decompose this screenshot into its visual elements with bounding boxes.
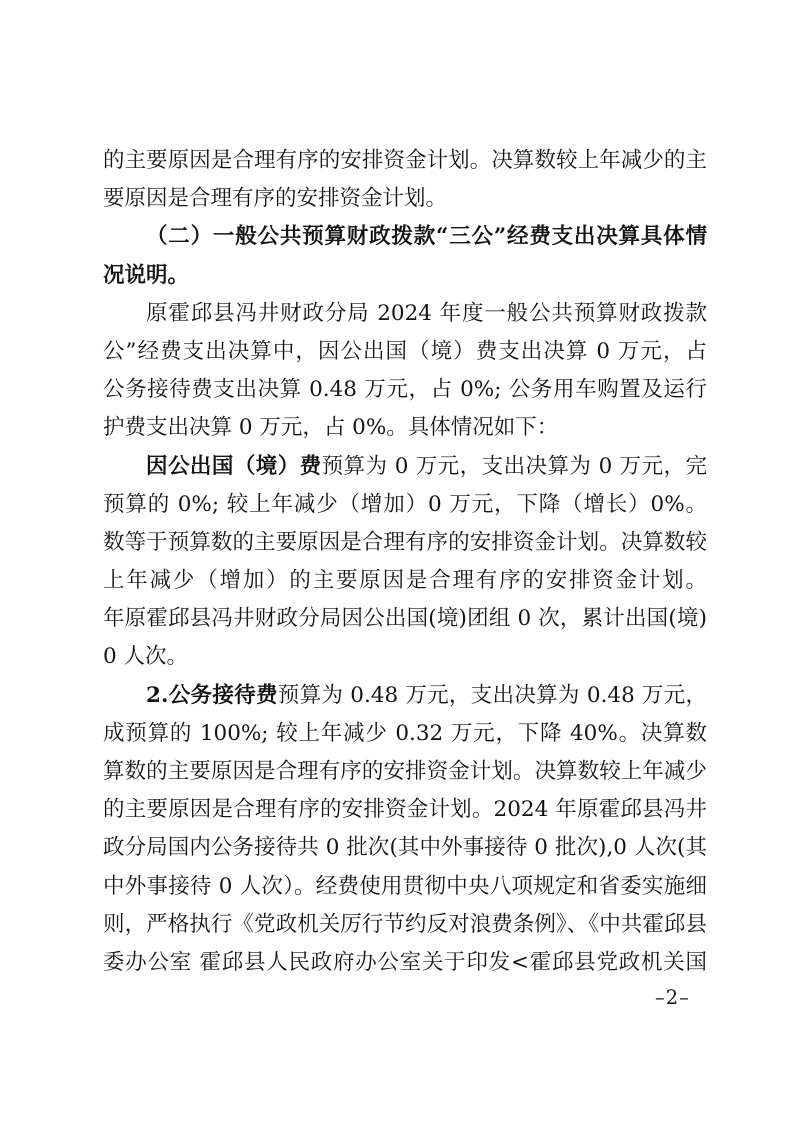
text-line: 要原因是合理有序的安排资金计划。 [103,180,707,218]
text-line: 0 人次。 [103,638,707,676]
page-number: –2– [655,986,690,1009]
text-line: 算数的主要原因是合理有序的安排资金计划。决算数较上年减少 [103,753,707,791]
text-segment: 政分局国内公务接待共 0 批次(其中外事接待 0 批次),0 人次(其 [103,835,707,860]
text-segment: 公务接待费支出决算 0.48 万元，占 0%; 公务用车购置及运行维 [103,377,707,409]
document-body: 的主要原因是合理有序的安排资金计划。决算数较上年减少的主要原因是合理有序的安排资… [103,142,707,982]
text-segment-bold: 况说明。 [103,263,189,288]
text-segment: 年原霍邱县冯井财政分局因公出国(境)团组 0 次，累计出国(境) [103,606,707,631]
para-sangong-overview: 原霍邱县冯井财政分局 2024 年度一般公共预算财政拨款“三公”经费支出决算中，… [103,295,707,448]
text-segment: 要原因是合理有序的安排资金计划。 [103,186,447,211]
text-segment: 中外事接待 0 人次）。经费使用贯彻中央八项规定和省委实施细 [103,874,707,899]
text-line: 政分局国内公务接待共 0 批次(其中外事接待 0 批次),0 人次(其 [103,829,707,867]
text-line: 公”经费支出决算中，因公出国（境）费支出决算 0 万元，占 0%; [103,333,707,371]
para-reception-expense: 2.公务接待费预算为 0.48 万元，支出决算为 0.48 万元，完成预算的 1… [103,677,707,983]
document-page: 的主要原因是合理有序的安排资金计划。决算数较上年减少的主要原因是合理有序的安排资… [0,0,793,1122]
para-prev-continuation: 的主要原因是合理有序的安排资金计划。决算数较上年减少的主要原因是合理有序的安排资… [103,142,707,218]
text-line: 上年减少（增加）的主要原因是合理有序的安排资金计划。2024 [103,562,707,600]
text-line: 原霍邱县冯井财政分局 2024 年度一般公共预算财政拨款“三 [103,295,707,333]
text-line: 公务接待费支出决算 0.48 万元，占 0%; 公务用车购置及运行维 [103,371,707,409]
text-segment: 公”经费支出决算中，因公出国（境）费支出决算 0 万元，占 0%; [103,339,707,371]
text-segment: 的主要原因是合理有序的安排资金计划。2024 年原霍邱县冯井财 [103,797,707,829]
text-segment-bold: 因公出国（境）费 [146,454,322,479]
text-line: 的主要原因是合理有序的安排资金计划。决算数较上年减少的主 [103,142,707,180]
text-segment-bold: 2.公务接待费 [146,683,278,708]
text-segment: 成预算的 100%; 较上年减少 0.32 万元，下降 40%。决算数小于预 [103,721,707,753]
text-line: 则，严格执行《党政机关厉行节约反对浪费条例》、《中共霍邱县 [103,906,707,944]
text-segment: 算数的主要原因是合理有序的安排资金计划。决算数较上年减少 [103,759,707,784]
text-line: （二）一般公共预算财政拨款“三公”经费支出决算具体情 [103,218,707,256]
text-line: 预算的 0%; 较上年减少（增加）0 万元，下降（增长）0%。决算 [103,486,707,524]
text-segment: 上年减少（增加）的主要原因是合理有序的安排资金计划。2024 [103,568,707,600]
text-segment: 原霍邱县冯井财政分局 2024 年度一般公共预算财政拨款“三 [146,301,707,333]
text-segment: 护费支出决算 0 万元，占 0%。具体情况如下： [103,415,558,440]
para-section-heading: （二）一般公共预算财政拨款“三公”经费支出决算具体情况说明。 [103,218,707,294]
text-line: 的主要原因是合理有序的安排资金计划。2024 年原霍邱县冯井财 [103,791,707,829]
text-segment: 数等于预算数的主要原因是合理有序的安排资金计划。决算数较 [103,530,707,555]
text-segment: 预算的 0%; 较上年减少（增加）0 万元，下降（增长）0%。决算 [103,492,707,524]
text-line: 2.公务接待费预算为 0.48 万元，支出决算为 0.48 万元，完 [103,677,707,715]
text-segment-bold: （二）一般公共预算财政拨款“三公”经费支出决算具体情 [146,224,707,249]
text-segment: 委办公室 霍邱县人民政府办公室关于印发<霍邱县党政机关国内 [103,950,707,982]
text-line: 委办公室 霍邱县人民政府办公室关于印发<霍邱县党政机关国内 [103,944,707,982]
text-line: 年原霍邱县冯井财政分局因公出国(境)团组 0 次，累计出国(境) [103,600,707,638]
text-segment: 0 人次。 [103,644,188,669]
text-segment: 的主要原因是合理有序的安排资金计划。决算数较上年减少的主 [103,148,707,173]
para-abroad-expense: 因公出国（境）费预算为 0 万元，支出决算为 0 万元，完成预算的 0%; 较上… [103,448,707,677]
text-line: 因公出国（境）费预算为 0 万元，支出决算为 0 万元，完成 [103,448,707,486]
text-segment: 则，严格执行《党政机关厉行节约反对浪费条例》、《中共霍邱县 [103,912,707,937]
text-line: 数等于预算数的主要原因是合理有序的安排资金计划。决算数较 [103,524,707,562]
text-line: 护费支出决算 0 万元，占 0%。具体情况如下： [103,409,707,447]
text-line: 况说明。 [103,257,707,295]
text-line: 成预算的 100%; 较上年减少 0.32 万元，下降 40%。决算数小于预 [103,715,707,753]
text-line: 中外事接待 0 人次）。经费使用贯彻中央八项规定和省委实施细 [103,868,707,906]
